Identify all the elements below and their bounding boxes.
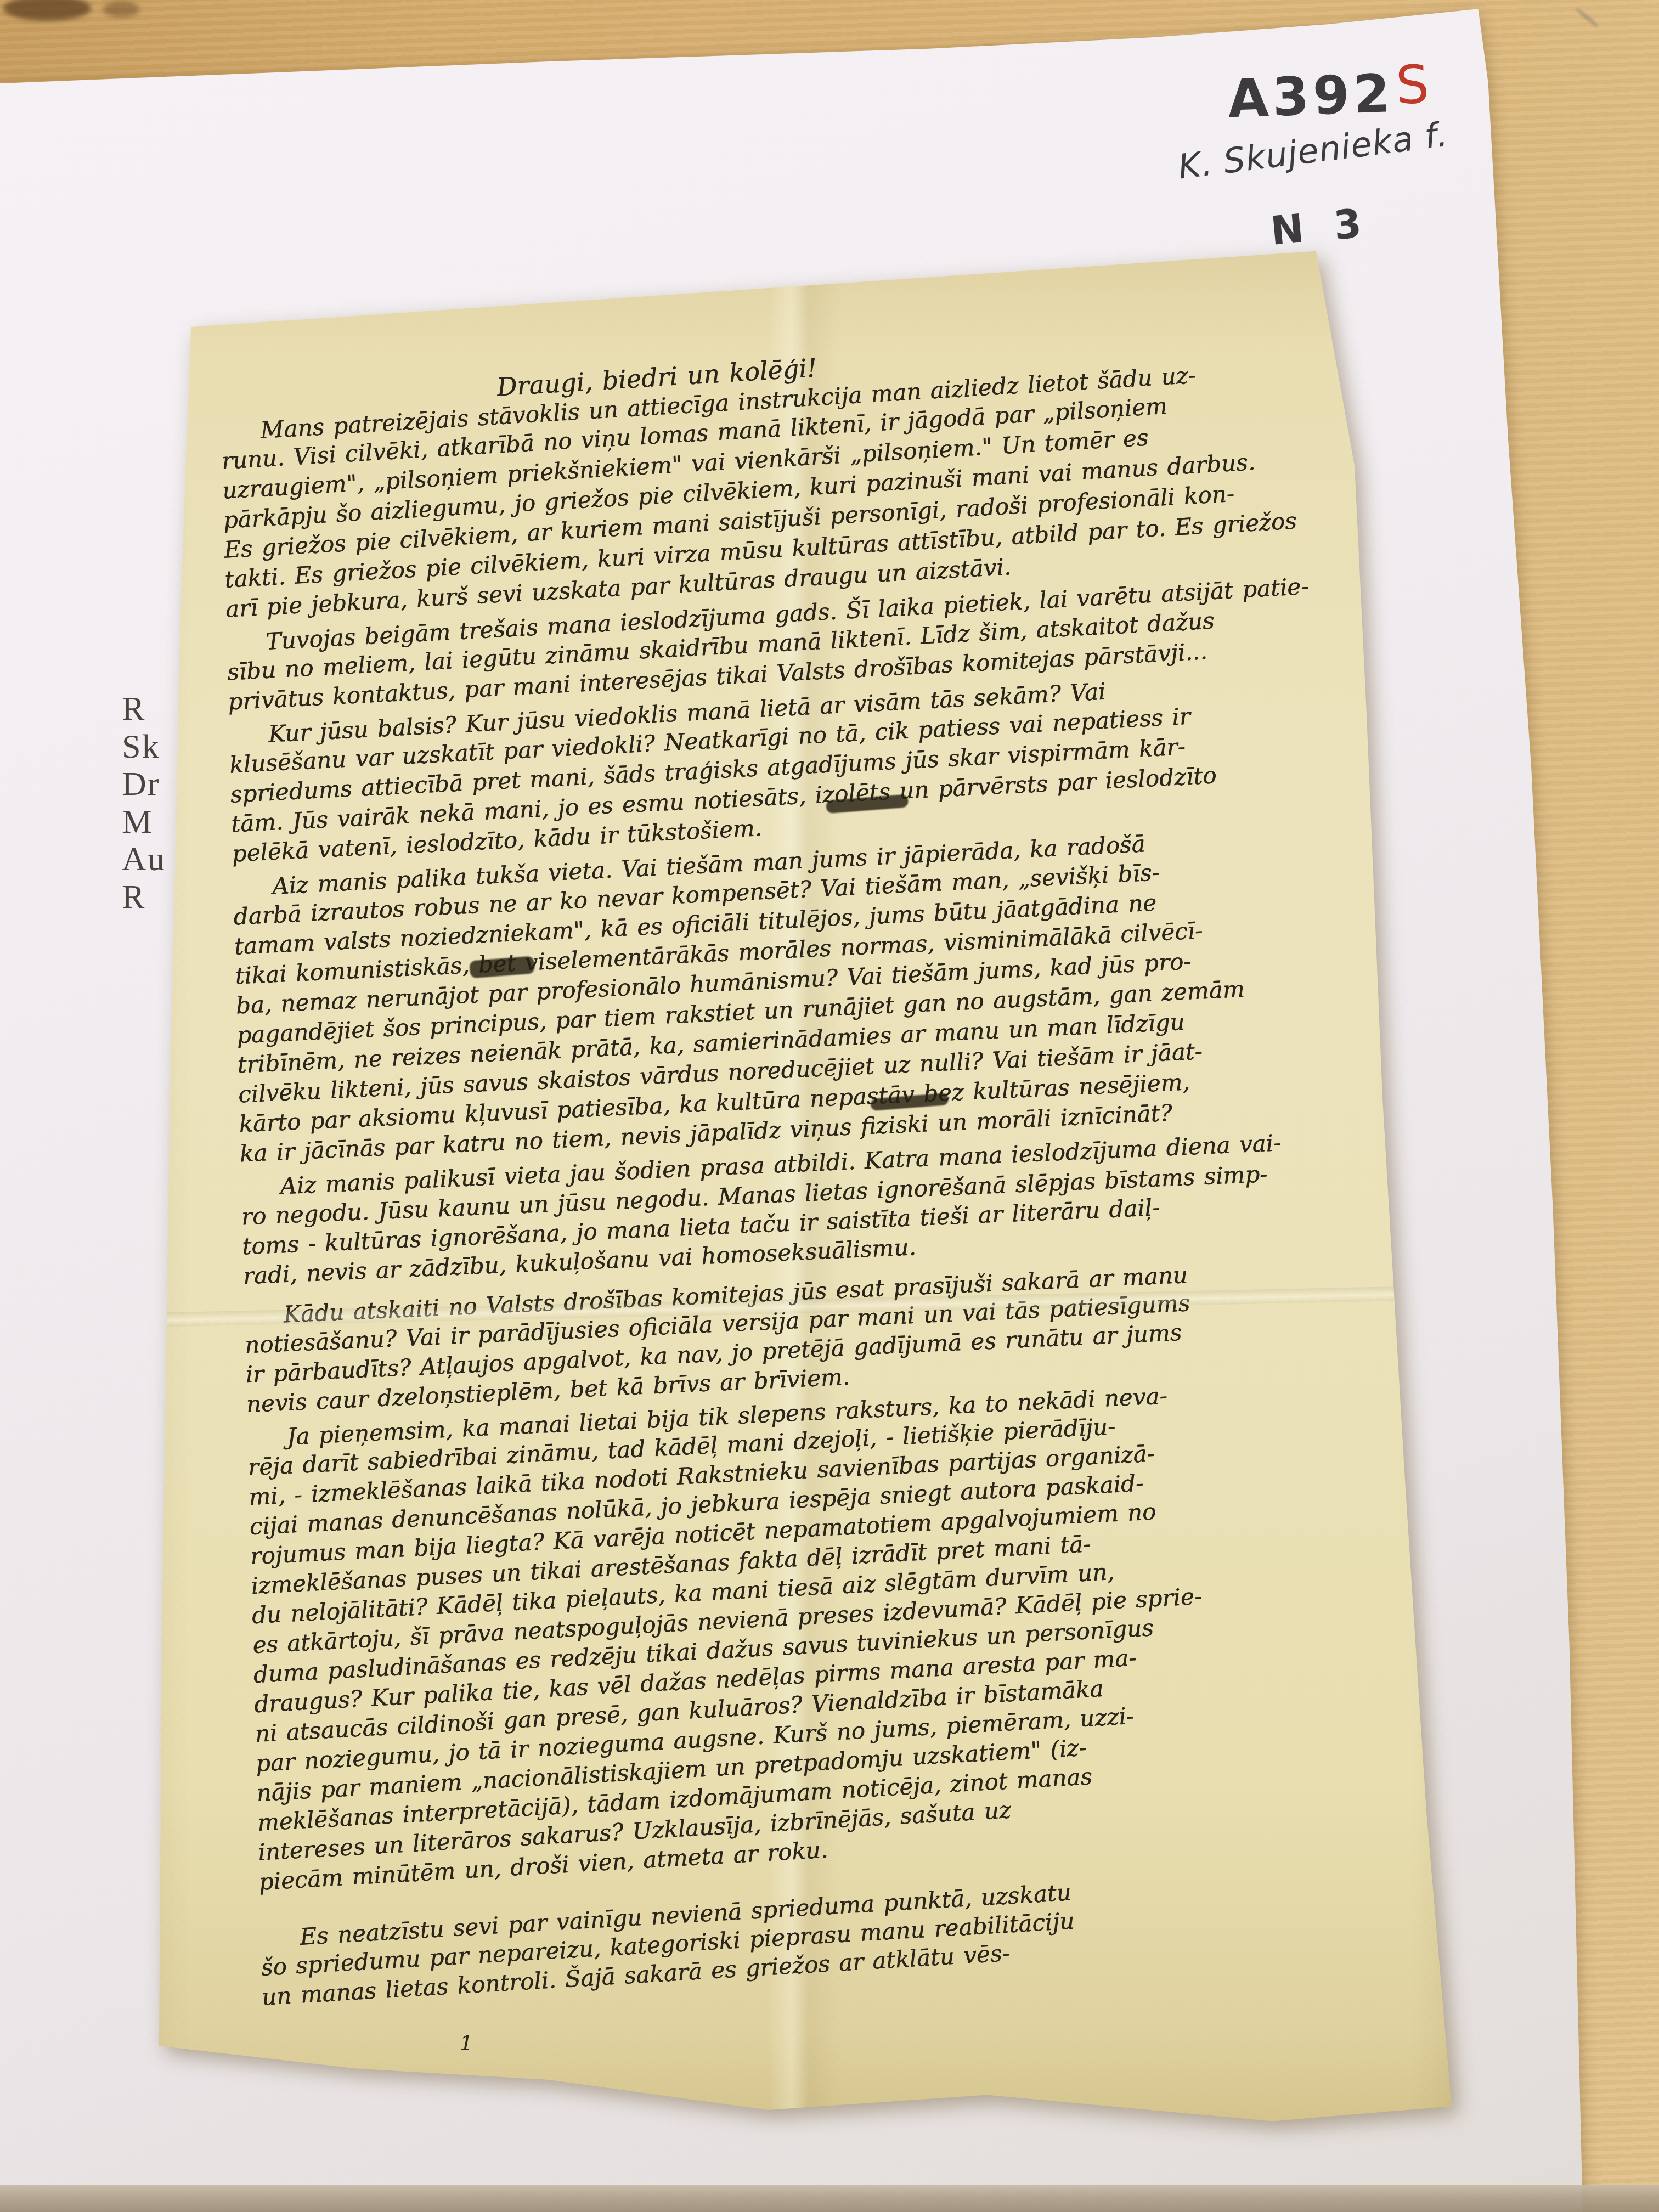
letter-body: Mans patreizējais stāvoklis un attiecīga…	[221, 388, 1353, 2012]
paragraph: Es neatzīstu sevi par vainīgu nevienā sp…	[260, 1895, 1354, 2012]
letter-page-shadow: Draugi, biedri un kolēģi! Mans patreizēj…	[0, 0, 1659, 2212]
archive-photo: { "photo": { "archive_card": { "code": "…	[0, 0, 1659, 2212]
paragraph: Aiz manis palika tukša vieta. Vai tiešām…	[233, 844, 1331, 1169]
page-number: 1	[460, 2031, 473, 2055]
paragraph: Ja pieņemsim, ka manai lietai bija tik s…	[247, 1395, 1351, 1897]
letter-text-block: Draugi, biedri un kolēģi! Mans patreizēj…	[219, 351, 1353, 2012]
letter-page: Draugi, biedri un kolēģi! Mans patreizēj…	[137, 241, 1465, 2123]
table-edge-shadow	[0, 2185, 1659, 2212]
